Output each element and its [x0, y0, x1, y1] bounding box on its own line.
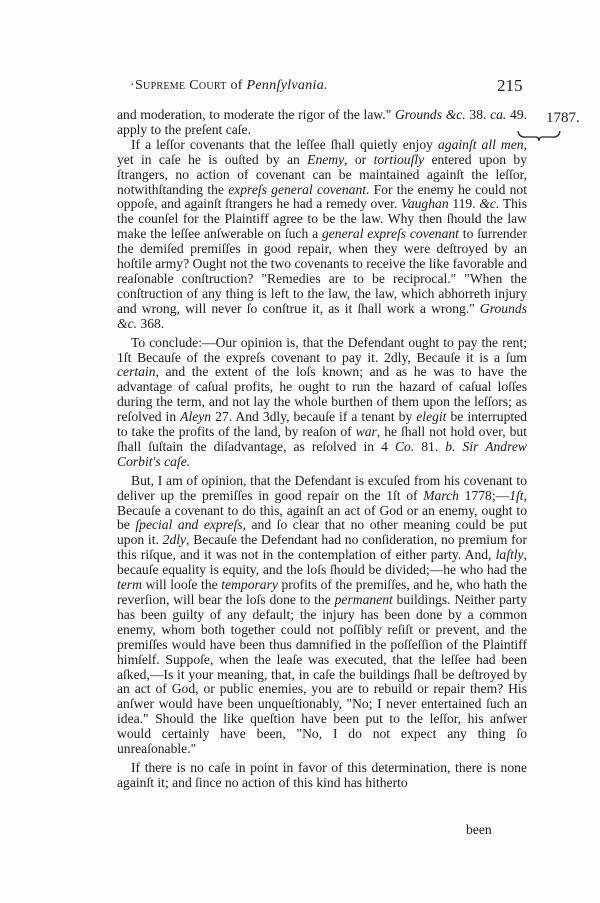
italic-citation: Co. [395, 439, 414, 454]
text-run: 38. [466, 107, 490, 122]
text-run: If a leſſor covenants that the leſſee ſh… [131, 137, 438, 152]
paragraph: But, I am of opinion, that the Defendant… [117, 474, 527, 757]
text-run: 119. [449, 196, 480, 211]
italic-citation: 2dly [163, 532, 186, 547]
body-text: and moderation, to moderate the rigor of… [117, 108, 527, 791]
running-title-court: ·Supreme Court [130, 78, 227, 93]
text-run: will looſe the [142, 577, 221, 592]
italic-citation: elegit [416, 409, 446, 424]
page-number: 215 [497, 76, 523, 96]
italic-citation: expreſs general covenant [228, 182, 366, 197]
paragraph: If a leſſor covenants that the leſſee ſh… [117, 138, 527, 332]
text-run: and moderation, to moderate the rigor of… [117, 107, 395, 122]
italic-citation: Vaughan [401, 196, 449, 211]
italic-citation: 1ſt [509, 488, 523, 503]
italic-citation: againſt all men [438, 137, 524, 152]
italic-citation: certain [117, 364, 156, 379]
text-run: 81. [414, 439, 445, 454]
book-page: ·Supreme Court of Pennſylvania. 215 1787… [0, 0, 600, 903]
text-run: To conclude:—Our opinion is, that the De… [117, 335, 527, 365]
italic-citation: ca. [490, 107, 506, 122]
text-run: 368. [137, 316, 164, 331]
italic-citation: temporary [221, 577, 278, 592]
paragraph: To conclude:—Our opinion is, that the De… [117, 336, 527, 470]
running-title-state: Pennſylvania. [247, 78, 328, 93]
italic-citation: laſtly [496, 547, 524, 562]
running-header: ·Supreme Court of Pennſylvania. [130, 78, 430, 94]
italic-citation: Aleyn [180, 409, 211, 424]
text-run: buildings. Neither party has been guilty… [117, 592, 527, 756]
text-run: 27. And 3dly, becauſe if a tenant by [211, 409, 416, 424]
running-title-of: of [227, 78, 247, 93]
text-run: 1778;— [459, 488, 509, 503]
italic-citation: war [356, 424, 377, 439]
paragraph: and moderation, to moderate the rigor of… [117, 108, 527, 138]
italic-citation: permanent [335, 592, 393, 607]
italic-citation: tortiouſly [374, 152, 425, 167]
italic-citation: general expreſs covenant [322, 226, 459, 241]
text-run: , or [344, 152, 373, 167]
italic-citation: March [423, 488, 459, 503]
text-run: If there is no caſe in point in favor of… [117, 760, 527, 790]
margin-year-note: 1787. [546, 110, 580, 127]
paragraph: If there is no caſe in point in favor of… [117, 761, 527, 791]
italic-citation: Enemy [307, 152, 344, 167]
italic-citation: Grounds &c. [395, 107, 466, 122]
italic-citation: &c. [479, 196, 499, 211]
italic-citation: term [117, 577, 142, 592]
italic-citation: ſpecial and expreſs [135, 517, 242, 532]
catchword: been [466, 822, 492, 838]
